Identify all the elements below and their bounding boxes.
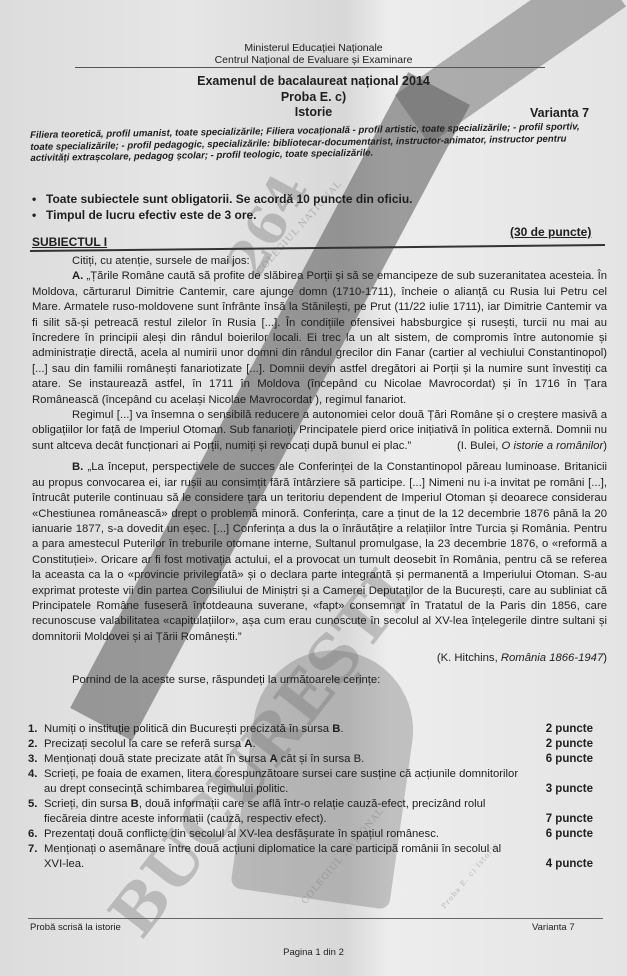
- question-text-before: Menționați o asemănare între două acțiun…: [44, 843, 501, 870]
- question-item: 5.Scrieți, din sursa B, două informații …: [28, 797, 593, 827]
- ministry-name: Ministerul Educației Naționale: [0, 42, 627, 54]
- exam-page: 264 BUCUREȘTI COLEGIUL NAȚIONAL COLEGIUL…: [0, 0, 627, 976]
- center-name: Centrul Național de Evaluare și Examinar…: [0, 54, 627, 66]
- task-intro: Pornind de la aceste surse, răspundeți l…: [32, 673, 607, 688]
- question-points: 2 puncte: [546, 737, 593, 752]
- footer-variant: Varianta 7: [532, 922, 575, 933]
- source-b-paragraph: B. „La început, perspectivele de succes …: [32, 460, 607, 645]
- footer-subject: Probă scrisă la istorie: [30, 922, 121, 933]
- source-a-citation-title: O istorie a românilor: [502, 440, 604, 452]
- question-text-before: Numiți o instituție politică din Bucureș…: [44, 723, 332, 735]
- question-item: 3.Menționați două state precizate atât î…: [28, 752, 593, 767]
- question-text-after: .: [252, 738, 255, 750]
- footer-divider: [28, 918, 603, 919]
- question-points: 2 puncte: [546, 722, 593, 737]
- question-text-after: cât și în sursa B.: [278, 753, 365, 765]
- question-number: 3.: [28, 752, 37, 767]
- question-item: 2.Precizați secolul la care se referă su…: [28, 737, 593, 752]
- source-b-citation-author: (K. Hitchins,: [437, 652, 501, 664]
- page-number: Pagina 1 din 2: [0, 947, 627, 958]
- question-number: 6.: [28, 827, 37, 842]
- source-a-text-1: „Țările Române caută să profite de slăbi…: [32, 270, 607, 405]
- instruction-item: Toate subiectele sunt obligatorii. Se ac…: [32, 191, 592, 207]
- subject-title: SUBIECTUL I: [32, 235, 107, 249]
- sources-intro: Citiți, cu atenție, sursele de mai jos:: [32, 254, 607, 269]
- question-item: 7.Menționați o asemănare între două acți…: [28, 842, 593, 872]
- subject-divider: [30, 244, 605, 252]
- source-a-citation-end: ): [603, 440, 607, 452]
- question-item: 6.Prezentați două conflicte din secolul …: [28, 827, 593, 842]
- page-content: Ministerul Educației Naționale Centrul N…: [0, 0, 627, 976]
- subject-points: (30 de puncte): [510, 225, 591, 239]
- question-item: 1.Numiți o instituție politică din Bucur…: [28, 722, 593, 737]
- question-points: 6 puncte: [546, 752, 593, 767]
- source-b-citation: (K. Hitchins, România 1866-1947): [32, 651, 607, 666]
- question-number: 4.: [28, 767, 37, 782]
- questions-list: 1.Numiți o instituție politică din Bucur…: [28, 722, 593, 872]
- question-source-letter: A: [269, 753, 277, 765]
- header-divider: [75, 67, 545, 68]
- exam-variant: Varianta 7: [530, 106, 589, 120]
- question-points: 7 puncte: [546, 812, 593, 827]
- source-a-letter: A.: [72, 270, 83, 282]
- question-item: 4.Scrieți, pe foaia de examen, litera co…: [28, 767, 593, 797]
- question-points: 6 puncte: [546, 827, 593, 842]
- question-text-after: .: [340, 723, 343, 735]
- question-text-before: Prezentați două conflicte din secolul al…: [44, 828, 439, 840]
- filiera-description: Filiera teoretică, profil umanist, toate…: [30, 121, 605, 165]
- question-text-before: Scrieți, pe foaia de examen, litera core…: [44, 768, 518, 795]
- exam-title: Examenul de bacalaureat național 2014: [0, 74, 627, 88]
- question-points: 4 puncte: [546, 857, 593, 872]
- question-number: 1.: [28, 722, 37, 737]
- source-b-citation-title: România 1866-1947: [501, 652, 603, 664]
- question-source-letter: B: [131, 798, 139, 810]
- question-number: 2.: [28, 737, 37, 752]
- question-text-before: Scrieți, din sursa: [44, 798, 131, 810]
- source-b-letter: B.: [72, 461, 83, 473]
- source-a-paragraph-1: A. „Țările Române caută să profite de sl…: [32, 269, 607, 408]
- source-b-citation-end: ): [603, 652, 607, 664]
- source-b-text: „La început, perspectivele de succes ale…: [32, 461, 607, 642]
- instructions-list: Toate subiectele sunt obligatorii. Se ac…: [32, 191, 592, 223]
- question-number: 7.: [28, 842, 37, 857]
- question-text-before: Menționați două state precizate atât în …: [44, 753, 269, 765]
- exam-proba: Proba E. c): [0, 90, 627, 104]
- sources-block: Citiți, cu atenție, sursele de mai jos: …: [32, 254, 607, 688]
- source-a-citation-author: (I. Bulei,: [457, 440, 502, 452]
- question-text-before: Precizați secolul la care se referă surs…: [44, 738, 244, 750]
- question-points: 3 puncte: [546, 782, 593, 797]
- instruction-item: Timpul de lucru efectiv este de 3 ore.: [32, 207, 592, 223]
- question-number: 5.: [28, 797, 37, 812]
